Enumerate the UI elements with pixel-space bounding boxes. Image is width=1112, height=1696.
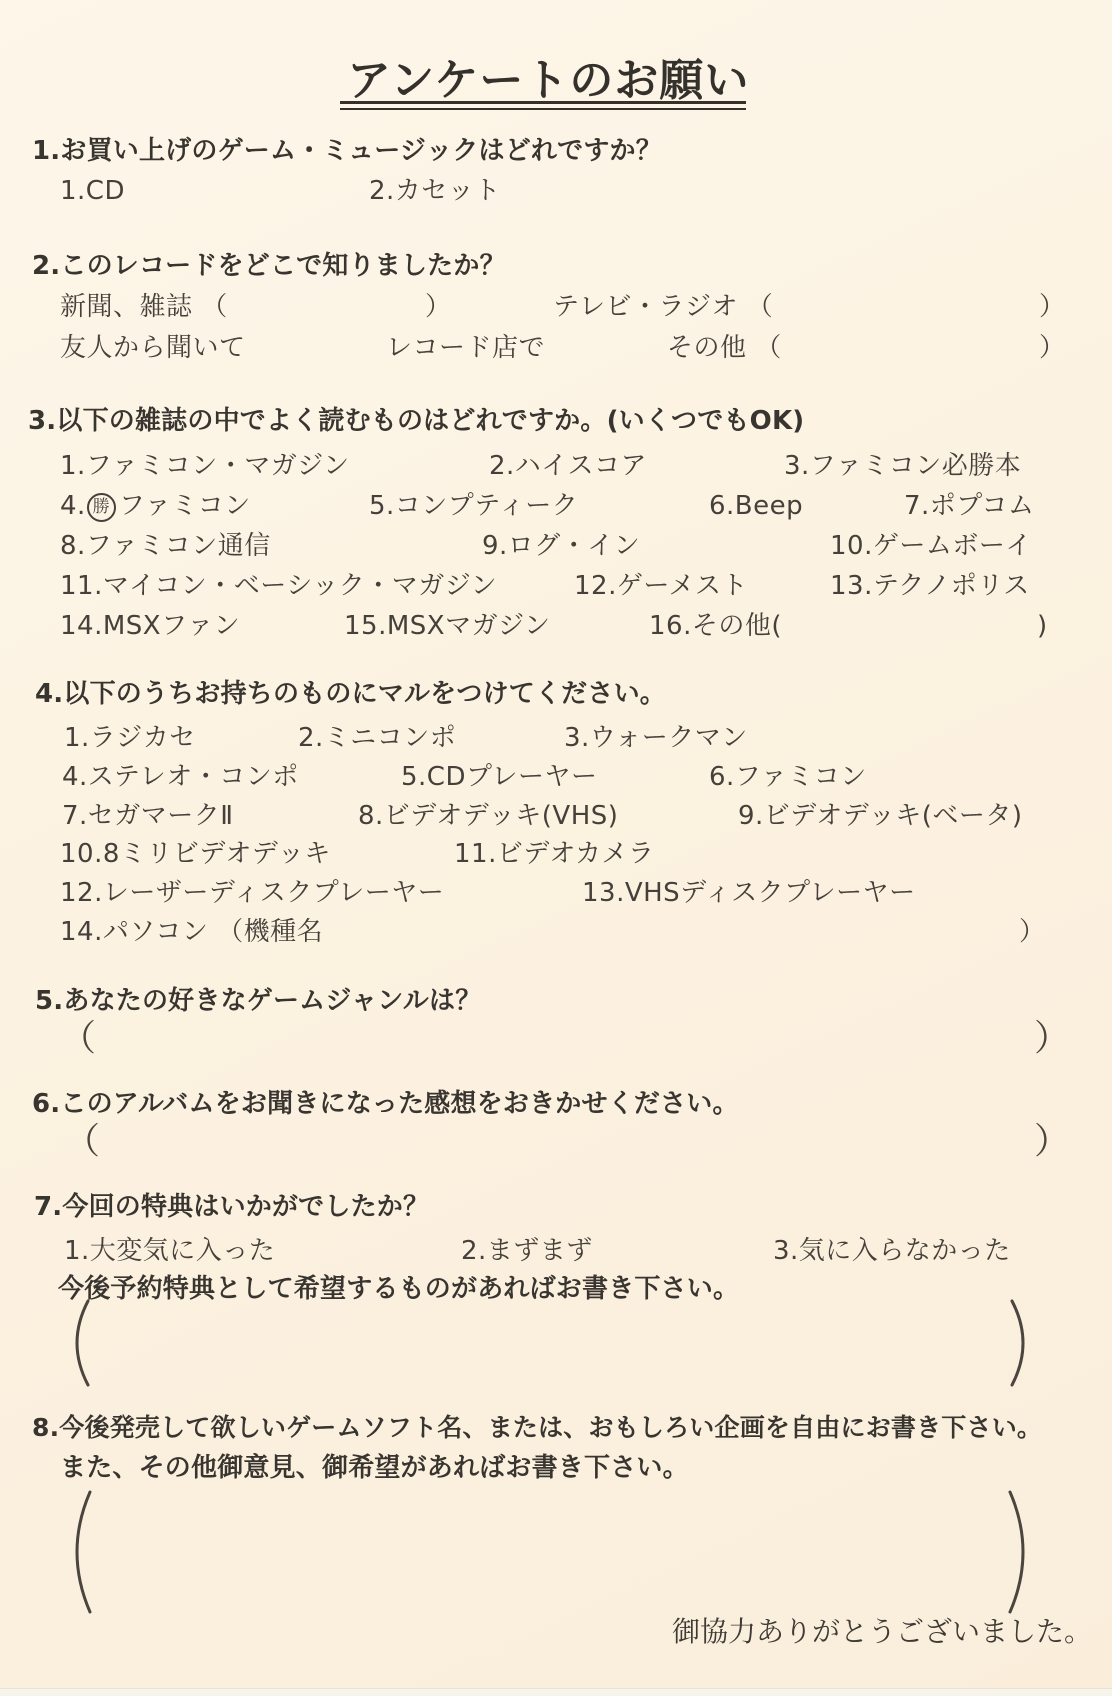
q3-option-popcom: 7.ポプコム: [904, 486, 1035, 526]
q4-option-laserdisc-player: 12.レーザーディスクプレーヤー: [60, 873, 444, 913]
q4-option-video-camera: 11.ビデオカメラ: [454, 834, 655, 874]
q4-option-stereo-compo: 4.ステレオ・コンポ: [62, 757, 299, 797]
q7-heading-row: 7.今回の特典はいかがでしたか？: [0, 1187, 1112, 1229]
q1-heading: 1.お買い上げのゲーム・ミュージックはどれですか？: [32, 131, 662, 171]
q8-heading-line1: 8.今後発売して欲しいゲームソフト名、または、おもしろい企画を自由にお書き下さい…: [32, 1408, 1042, 1448]
q3-option-mycom-basic-magazine: 11.マイコン・ベーシック・マガジン: [60, 566, 497, 606]
q2-option-friend: 友人から聞いて: [60, 328, 246, 368]
q8-heading-row-1: 8.今後発売して欲しいゲームソフト名、または、おもしろい企画を自由にお書き下さい…: [0, 1408, 1112, 1450]
q2-option-newspaper: 新聞、雑誌 （: [60, 287, 228, 327]
q3-marukatsu-prefix: 4.: [60, 491, 86, 521]
questionnaire-sheet: アンケートのお願い 1.お買い上げのゲーム・ミュージックはどれですか？ 1.CD…: [0, 0, 1112, 1696]
q4-row-6: 14.パソコン （機種名 ）: [0, 912, 1112, 954]
q5-answer-row: （ ）: [0, 1016, 1112, 1072]
q7-answer-parens: [60, 1297, 1040, 1389]
q5-heading: 5.あなたの好きなゲームジャンルは？: [35, 981, 481, 1021]
big-paren-right: [1010, 1492, 1023, 1612]
q3-heading: 3.以下の雑誌の中でよく読むものはどれですか。(いくつでもOK): [28, 401, 804, 441]
q4-option-radicase: 1.ラジカセ: [64, 718, 196, 758]
q7-heading: 7.今回の特典はいかがでしたか？: [34, 1187, 429, 1227]
q2-heading: 2.このレコードをどこで知りましたか？: [32, 246, 506, 286]
q2-paren-close-3: ）: [1039, 328, 1066, 368]
q5-paren-close: ）: [1034, 1016, 1071, 1062]
q3-option-technopolis: 13.テクノポリス: [830, 566, 1030, 606]
q3-option-hi-score: 2.ハイスコア: [489, 446, 647, 486]
q4-option-vhs-deck: 8.ビデオデッキ(VHS): [358, 796, 618, 836]
q4-option-beta-deck: 9.ビデオデッキ(ベータ): [738, 796, 1023, 836]
q3-option-famicom-tsushin: 8.ファミコン通信: [60, 526, 271, 566]
q8-heading-line2: また、その他御意見、御希望があればお書き下さい。: [60, 1448, 689, 1488]
q4-option-walkman: 3.ウォークマン: [564, 718, 748, 758]
q4-option-pc-model: 14.パソコン （機種名: [60, 912, 323, 952]
q7-option-loved-it: 1.大変気に入った: [64, 1231, 275, 1271]
q8-answer-parens: [60, 1487, 1040, 1617]
q5-paren-open: （: [60, 1016, 97, 1062]
q3-option-hisshobon: 3.ファミコン必勝本: [784, 446, 1021, 486]
q3-row-2: 4.勝ファミコン 5.コンプティーク 6.Beep 7.ポプコム: [0, 486, 1112, 528]
q4-row-4: 10.8ミリビデオデッキ 11.ビデオカメラ: [0, 834, 1112, 876]
q6-paren-close: ）: [1034, 1119, 1071, 1165]
big-paren-left: [77, 1492, 90, 1612]
q4-option-8mm-video-deck: 10.8ミリビデオデッキ: [60, 834, 331, 874]
q3-option-msx-magazine: 15.MSXマガジン: [344, 606, 550, 646]
q7-option-so-so: 2.まずまず: [461, 1231, 593, 1271]
page-title: アンケートのお願い: [347, 44, 749, 108]
scan-bottom-edge: [0, 1688, 1112, 1696]
q4-option-famicom: 6.ファミコン: [709, 757, 867, 797]
q3-row-3: 8.ファミコン通信 9.ログ・イン 10.ゲームボーイ: [0, 526, 1112, 568]
q6-answer-row: （ ）: [0, 1119, 1112, 1175]
q7-option-disliked: 3.気に入らなかった: [773, 1231, 1011, 1271]
q1-option-cassette: 2.カセット: [369, 171, 501, 211]
q3-row-5: 14.MSXファン 15.MSXマガジン 16.その他( ): [0, 606, 1112, 648]
q3-option-famicom-magazine: 1.ファミコン・マガジン: [60, 446, 350, 486]
q4-row-1: 1.ラジカセ 2.ミニコンポ 3.ウォークマン: [0, 718, 1112, 760]
q3-option-other: 16.その他(: [649, 606, 782, 646]
big-paren-right: [1012, 1301, 1023, 1385]
q4-row-5: 12.レーザーディスクプレーヤー 13.VHSディスクプレーヤー: [0, 873, 1112, 915]
q2-row-2: 友人から聞いて レコード店で その他 （ ）: [0, 328, 1112, 370]
q1-options-row: 1.CD 2.カセット: [0, 171, 1112, 213]
q6-paren-open: （: [64, 1119, 101, 1165]
q8-heading-row-2: また、その他御意見、御希望があればお書き下さい。: [0, 1448, 1112, 1490]
q4-paren-close: ）: [1019, 912, 1046, 952]
q3-option-gamest: 12.ゲーメスト: [574, 566, 748, 606]
q1-option-cd: 1.CD: [60, 171, 125, 211]
q4-option-cd-player: 5.CDプレーヤー: [401, 757, 597, 797]
q2-option-tv-radio: テレビ・ラジオ （: [553, 287, 773, 327]
q2-paren-close-2: ）: [1039, 287, 1066, 327]
q4-heading: 4.以下のうちお持ちのものにマルをつけてください。: [35, 674, 666, 714]
q1-heading-row: 1.お買い上げのゲーム・ミュージックはどれですか？: [0, 131, 1112, 173]
q3-marukatsu-rest: ファミコン: [119, 491, 251, 521]
q3-option-msx-fan: 14.MSXファン: [60, 606, 240, 646]
circled-katsu-mark: 勝: [87, 493, 116, 522]
q4-option-vhd-player: 13.VHSディスクプレーヤー: [582, 873, 916, 913]
q4-option-sega-mark2: 7.セガマークⅡ: [62, 796, 234, 836]
q3-option-gameboy: 10.ゲームボーイ: [830, 526, 1032, 566]
q3-option-login: 9.ログ・イン: [482, 526, 640, 566]
q2-option-other: その他 （: [667, 328, 782, 368]
q4-heading-row: 4.以下のうちお持ちのものにマルをつけてください。: [0, 674, 1112, 716]
q3-row-4: 11.マイコン・ベーシック・マガジン 12.ゲーメスト 13.テクノポリス: [0, 566, 1112, 608]
q2-option-record-store: レコード店で: [386, 328, 545, 368]
q3-row-1: 1.ファミコン・マガジン 2.ハイスコア 3.ファミコン必勝本: [0, 446, 1112, 488]
title-underline: [340, 101, 746, 110]
closing-thanks: 御協力ありがとうございました。: [672, 1610, 1092, 1650]
q2-paren-close-1: ）: [425, 287, 452, 327]
q2-heading-row: 2.このレコードをどこで知りましたか？: [0, 246, 1112, 288]
q3-paren-close: ): [1037, 606, 1048, 646]
q4-row-2: 4.ステレオ・コンポ 5.CDプレーヤー 6.ファミコン: [0, 757, 1112, 799]
q3-option-beep: 6.Beep: [709, 486, 803, 526]
q4-option-mini-compo: 2.ミニコンポ: [298, 718, 456, 758]
q3-heading-row: 3.以下の雑誌の中でよく読むものはどれですか。(いくつでもOK): [0, 401, 1112, 443]
q3-option-comptiq: 5.コンプティーク: [369, 486, 578, 526]
q6-heading: 6.このアルバムをお聞きになった感想をおきかせください。: [32, 1084, 739, 1124]
big-paren-left: [77, 1301, 88, 1385]
q7-options-row: 1.大変気に入った 2.まずまず 3.気に入らなかった: [0, 1231, 1112, 1273]
q3-option-marukatsu-famicom: 4.勝ファミコン: [60, 486, 251, 526]
q4-row-3: 7.セガマークⅡ 8.ビデオデッキ(VHS) 9.ビデオデッキ(ベータ): [0, 796, 1112, 838]
q2-row-1: 新聞、雑誌 （ ） テレビ・ラジオ （ ）: [0, 287, 1112, 329]
